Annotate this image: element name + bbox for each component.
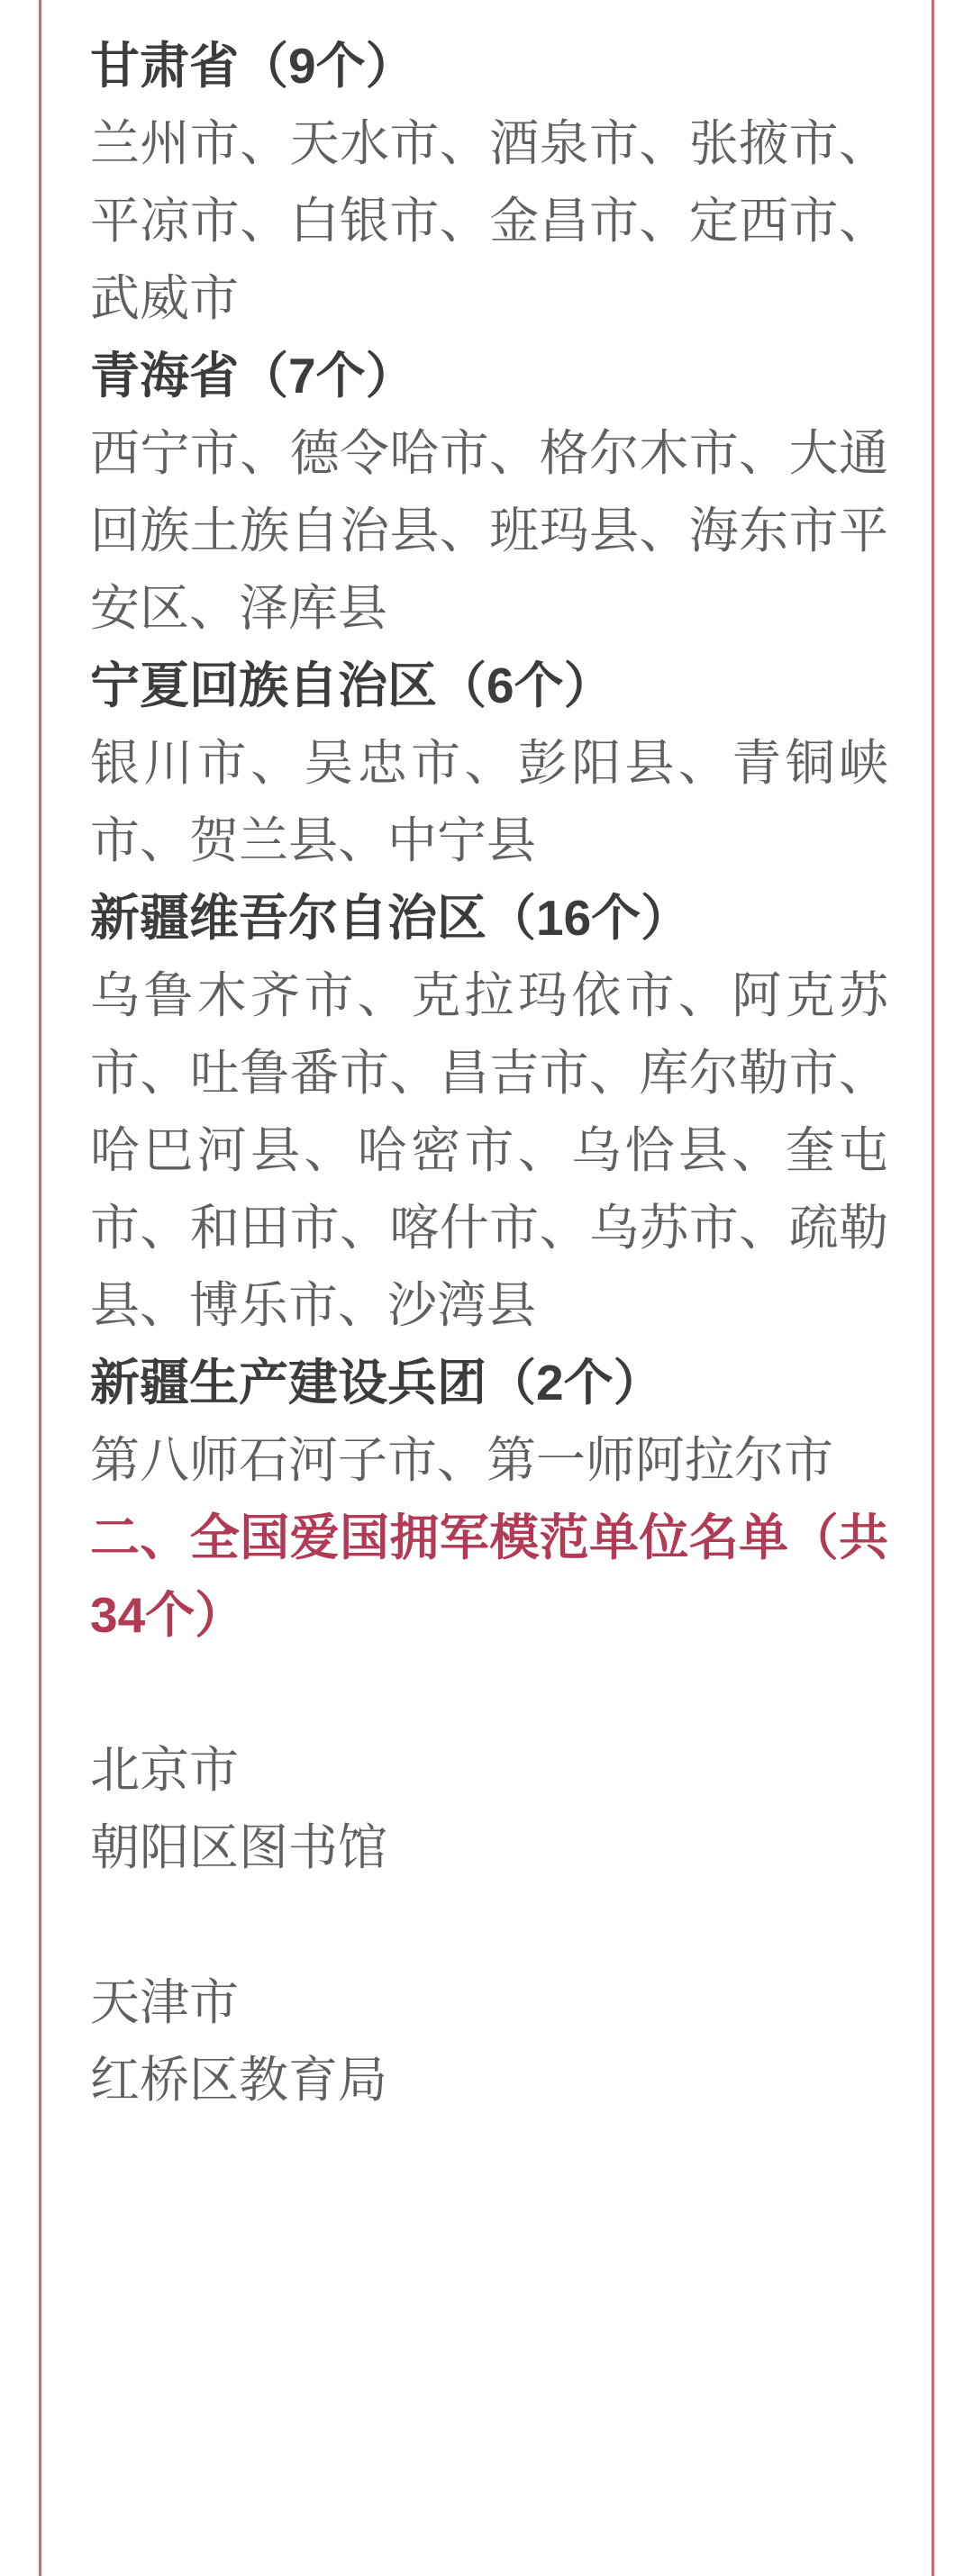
- province-heading: 新疆生产建设兵团（2个）: [90, 1344, 888, 1421]
- province-section-ningxia: 宁夏回族自治区（6个） 银川市、吴忠市、彭阳县、青铜峡市、贺兰县、中宁县: [90, 647, 888, 879]
- province-city-list: 兰州市、天水市、酒泉市、张掖市、平凉市、白银市、金昌市、定西市、武威市: [90, 104, 888, 337]
- province-city-list: 银川市、吴忠市、彭阳县、青铜峡市、贺兰县、中宁县: [90, 724, 888, 879]
- province-section-xinjiang: 新疆维吾尔自治区（16个） 乌鲁木齐市、克拉玛依市、阿克苏市、吐鲁番市、昌吉市、…: [90, 879, 888, 1344]
- province-heading: 宁夏回族自治区（6个）: [90, 647, 888, 724]
- province-heading: 甘肃省（9个）: [90, 27, 888, 104]
- model-unit-group-tianjin: 天津市 红桥区教育局: [90, 1964, 888, 2118]
- province-heading: 青海省（7个）: [90, 337, 888, 414]
- red-bordered-content-frame: 甘肃省（9个） 兰州市、天水市、酒泉市、张掖市、平凉市、白银市、金昌市、定西市、…: [39, 0, 934, 2576]
- group-city: 北京市: [90, 1731, 888, 1809]
- group-city: 天津市: [90, 1964, 888, 2041]
- part-two-heading: 二、全国爱国拥军模范单位名单（共34个）: [90, 1499, 888, 1654]
- model-unit-group-beijing: 北京市 朝阳区图书馆: [90, 1731, 888, 1886]
- group-unit: 红桥区教育局: [90, 2041, 888, 2118]
- province-city-list: 乌鲁木齐市、克拉玛依市、阿克苏市、吐鲁番市、昌吉市、库尔勒市、哈巴河县、哈密市、…: [90, 957, 888, 1344]
- province-city-list: 第八师石河子市、第一师阿拉尔市: [90, 1421, 888, 1499]
- province-section-xinjiang-bingtuan: 新疆生产建设兵团（2个） 第八师石河子市、第一师阿拉尔市: [90, 1344, 888, 1499]
- province-city-list: 西宁市、德令哈市、格尔木市、大通回族土族自治县、班玛县、海东市平安区、泽库县: [90, 414, 888, 647]
- province-section-qinghai: 青海省（7个） 西宁市、德令哈市、格尔木市、大通回族土族自治县、班玛县、海东市平…: [90, 337, 888, 647]
- group-unit: 朝阳区图书馆: [90, 1809, 888, 1886]
- article-page: 甘肃省（9个） 兰州市、天水市、酒泉市、张掖市、平凉市、白银市、金昌市、定西市、…: [0, 0, 973, 2576]
- province-heading: 新疆维吾尔自治区（16个）: [90, 879, 888, 957]
- province-section-gansu: 甘肃省（9个） 兰州市、天水市、酒泉市、张掖市、平凉市、白银市、金昌市、定西市、…: [90, 27, 888, 337]
